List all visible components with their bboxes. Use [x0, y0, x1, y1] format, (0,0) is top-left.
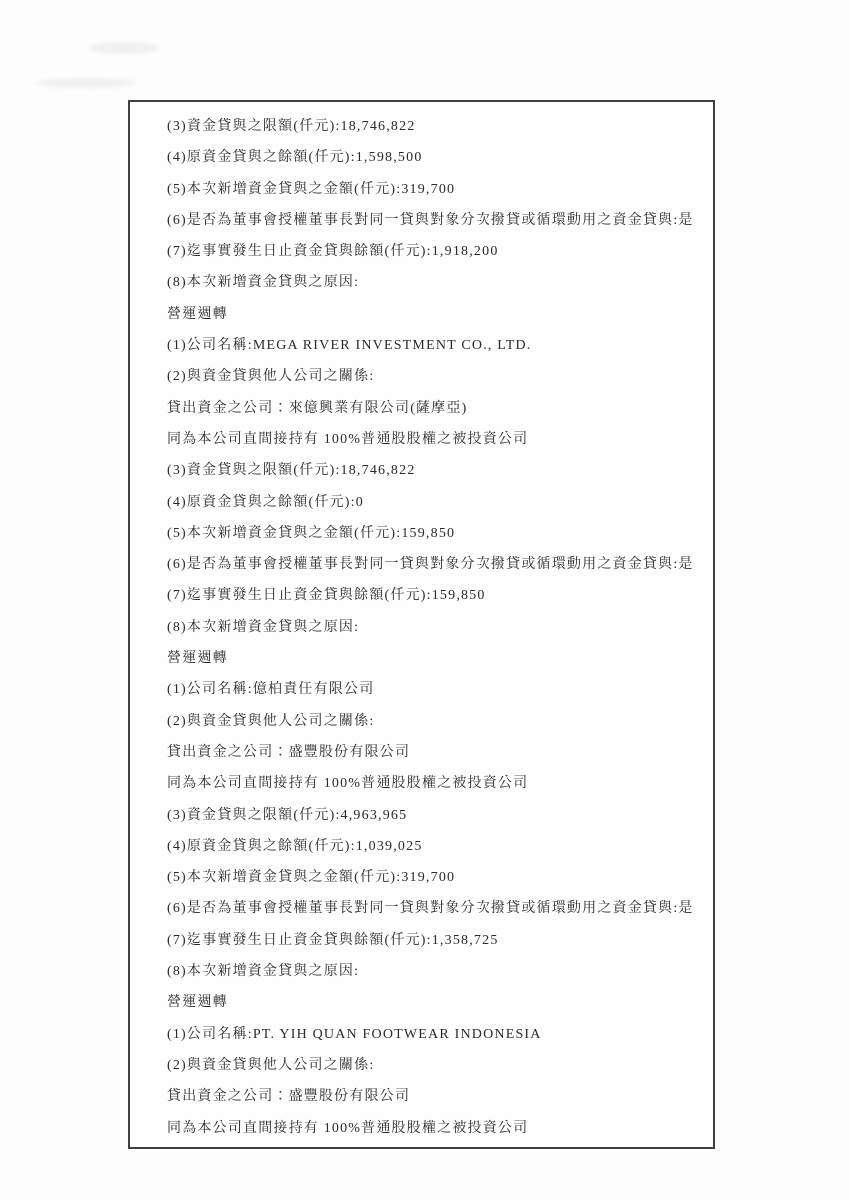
document-line: (4)原資金貸與之餘額(仟元):0 — [167, 487, 699, 518]
document-line: (6)是否為董事會授權董事長對同一貸與對象分次撥貸或循環動用之資金貸與:是 — [167, 205, 699, 236]
document-line: (3)資金貸與之限額(仟元):4,963,965 — [167, 800, 699, 831]
document-line: (7)迄事實發生日止資金貸與餘額(仟元):1,358,725 — [167, 925, 699, 956]
document-line: 貸出資金之公司：來億興業有限公司(薩摩亞) — [167, 393, 699, 424]
document-body: (3)資金貸與之限額(仟元):18,746,822(4)原資金貸與之餘額(仟元)… — [130, 102, 713, 1144]
scan-artifact — [36, 78, 136, 88]
document-line: (4)原資金貸與之餘額(仟元):1,039,025 — [167, 831, 699, 862]
document-line: 營運週轉 — [167, 987, 699, 1018]
document-line: (4)原資金貸與之餘額(仟元):1,598,500 — [167, 142, 699, 173]
document-line: 同為本公司直間接持有 100%普通股股權之被投資公司 — [167, 424, 699, 455]
document-line: 貸出資金之公司：盛豐股份有限公司 — [167, 737, 699, 768]
document-line: (1)公司名稱:億柏責任有限公司 — [167, 674, 699, 705]
document-content-frame: (3)資金貸與之限額(仟元):18,746,822(4)原資金貸與之餘額(仟元)… — [128, 100, 715, 1149]
document-line: 營運週轉 — [167, 299, 699, 330]
document-line: (6)是否為董事會授權董事長對同一貸與對象分次撥貸或循環動用之資金貸與:是 — [167, 893, 699, 924]
document-line: (8)本次新增資金貸與之原因: — [167, 612, 699, 643]
document-line: (1)公司名稱:MEGA RIVER INVESTMENT CO., LTD. — [167, 330, 699, 361]
document-line: (2)與資金貸與他人公司之關係: — [167, 706, 699, 737]
document-line: (3)資金貸與之限額(仟元):18,746,822 — [167, 455, 699, 486]
document-line: (8)本次新增資金貸與之原因: — [167, 267, 699, 298]
document-line: (7)迄事實發生日止資金貸與餘額(仟元):159,850 — [167, 580, 699, 611]
document-line: 貸出資金之公司：盛豐股份有限公司 — [167, 1081, 699, 1112]
document-line: 同為本公司直間接持有 100%普通股股權之被投資公司 — [167, 768, 699, 799]
page-background: { "page": { "kind": "scanned-financial-d… — [0, 0, 849, 1200]
document-line: (5)本次新增資金貸與之金額(仟元):319,700 — [167, 862, 699, 893]
document-line: (3)資金貸與之限額(仟元):18,746,822 — [167, 111, 699, 142]
document-line: (8)本次新增資金貸與之原因: — [167, 956, 699, 987]
document-line: (2)與資金貸與他人公司之關係: — [167, 1050, 699, 1081]
document-line: (2)與資金貸與他人公司之關係: — [167, 361, 699, 392]
document-line: (7)迄事實發生日止資金貸與餘額(仟元):1,918,200 — [167, 236, 699, 267]
document-line: (1)公司名稱:PT. YIH QUAN FOOTWEAR INDONESIA — [167, 1019, 699, 1050]
document-line: (5)本次新增資金貸與之金額(仟元):319,700 — [167, 174, 699, 205]
document-line: (6)是否為董事會授權董事長對同一貸與對象分次撥貸或循環動用之資金貸與:是 — [167, 549, 699, 580]
scan-artifact — [88, 42, 160, 54]
document-line: 營運週轉 — [167, 643, 699, 674]
document-line: 同為本公司直間接持有 100%普通股股權之被投資公司 — [167, 1113, 699, 1144]
document-line: (5)本次新增資金貸與之金額(仟元):159,850 — [167, 518, 699, 549]
